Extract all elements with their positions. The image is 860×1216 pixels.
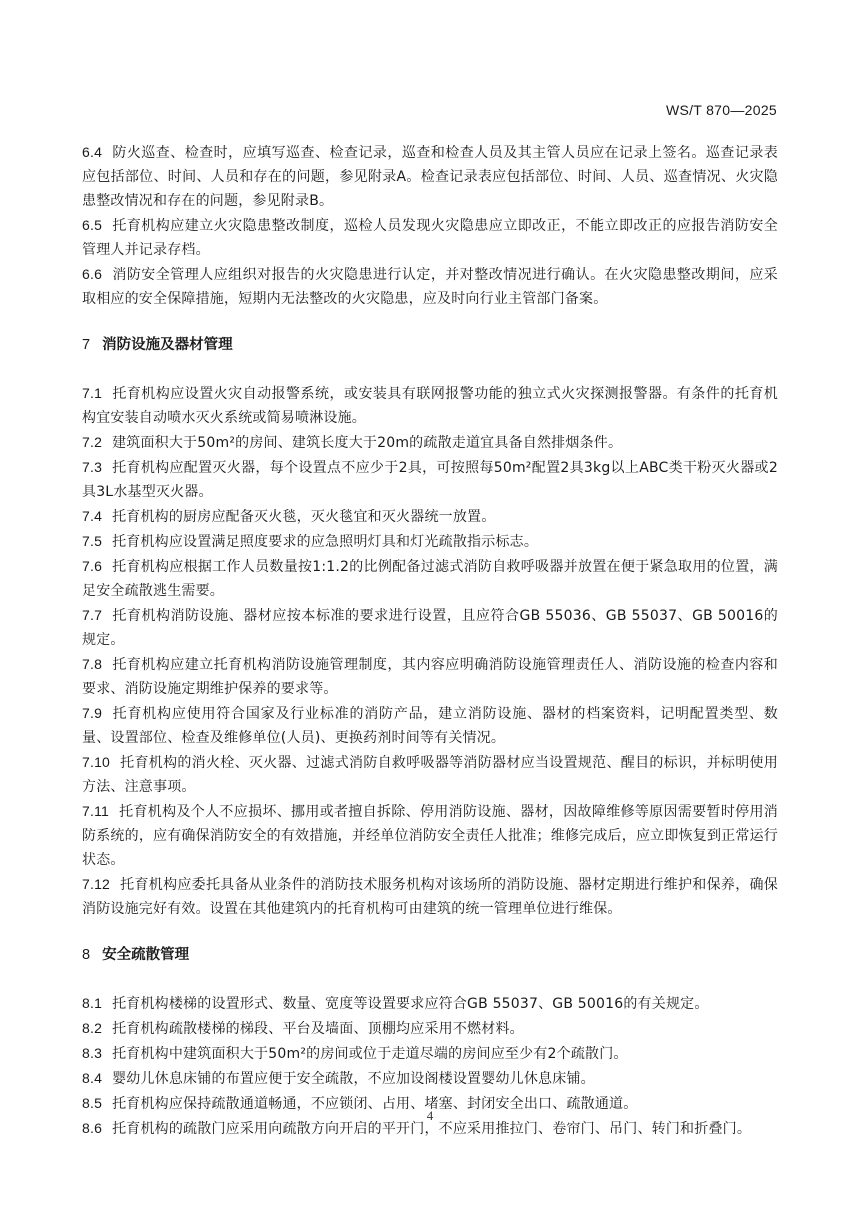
clause-7-12: 7.12托育机构应委托具备从业条件的消防技术服务机构对该场所的消防设施、器材定期… xyxy=(82,872,778,921)
clause-text: 建筑面积大于50m²的房间、建筑长度大于20m的疏散走道宜具备自然排烟条件。 xyxy=(112,435,622,451)
clause-text: 托育机构中建筑面积大于50m²的房间或位于走道尽端的房间应至少有2个疏散门。 xyxy=(112,1046,628,1062)
clause-number: 7.11 xyxy=(82,803,109,819)
clause-number: 6.6 xyxy=(82,266,102,282)
clause-number: 6.5 xyxy=(82,217,102,233)
clause-text: 托育机构应使用符合国家及行业标准的消防产品，建立消防设施、器材的档案资料，记明配… xyxy=(82,706,778,746)
clause-number: 7.5 xyxy=(82,533,102,549)
clause-7-9: 7.9托育机构应使用符合国家及行业标准的消防产品，建立消防设施、器材的档案资料，… xyxy=(82,701,778,750)
clause-text: 托育机构应建立火灾隐患整改制度，巡检人员发现火灾隐患应立即改正，不能立即改正的应… xyxy=(82,218,778,258)
clause-text: 防火巡查、检查时，应填写巡查、检查记录，巡查和检查人员及其主管人员应在记录上签名… xyxy=(82,145,778,209)
clause-text: 托育机构应委托具备从业条件的消防技术服务机构对该场所的消防设施、器材定期进行维护… xyxy=(82,877,778,917)
clause-7-3: 7.3托育机构应配置灭火器，每个设置点不应少于2具，可按照每50m²配置2具3k… xyxy=(82,455,778,504)
clause-text: 婴幼儿休息床铺的布置应便于安全疏散，不应加设阁楼设置婴幼儿休息床铺。 xyxy=(112,1071,595,1087)
clause-number: 6.4 xyxy=(82,144,102,160)
clause-7-5: 7.5托育机构应设置满足照度要求的应急照明灯具和灯光疏散指示标志。 xyxy=(82,529,778,554)
clause-8-2: 8.2托育机构疏散楼梯的梯段、平台及墙面、顶棚均应采用不燃材料。 xyxy=(82,1016,778,1041)
clause-7-4: 7.4托育机构的厨房应配备灭火毯，灭火毯宜和灭火器统一放置。 xyxy=(82,504,778,529)
section-heading-7: 7消防设施及器材管理 xyxy=(82,333,778,357)
clause-number: 7.4 xyxy=(82,508,102,524)
clause-number: 7.3 xyxy=(82,459,102,475)
clause-8-3: 8.3托育机构中建筑面积大于50m²的房间或位于走道尽端的房间应至少有2个疏散门… xyxy=(82,1041,778,1066)
clause-number: 7.2 xyxy=(82,434,102,450)
document-body: 6.4防火巡查、检查时，应填写巡查、检查记录，巡查和检查人员及其主管人员应在记录… xyxy=(82,140,778,1141)
clause-7-8: 7.8托育机构应建立托育机构消防设施管理制度，其内容应明确消防设施管理责任人、消… xyxy=(82,652,778,701)
clause-7-7: 7.7托育机构消防设施、器材应按本标准的要求进行设置，且应符合GB 55036、… xyxy=(82,603,778,652)
clause-number: 7.10 xyxy=(82,754,110,770)
clause-text: 托育机构的消火栓、灭火器、过滤式消防自救呼吸器等消防器材应当设置规范、醒目的标识… xyxy=(82,755,778,795)
clause-text: 消防安全管理人应组织对报告的火灾隐患进行认定，并对整改情况进行确认。在火灾隐患整… xyxy=(82,267,778,307)
clause-number: 7.9 xyxy=(82,705,102,721)
clause-number: 8.1 xyxy=(82,995,102,1011)
clause-number: 8.4 xyxy=(82,1070,102,1086)
clause-text: 托育机构应配置灭火器，每个设置点不应少于2具，可按照每50m²配置2具3kg以上… xyxy=(82,460,778,500)
clause-7-11: 7.11托育机构及个人不应损坏、挪用或者擅自拆除、停用消防设施、器材，因故障维修… xyxy=(82,799,778,872)
clause-text: 托育机构疏散楼梯的梯段、平台及墙面、顶棚均应采用不燃材料。 xyxy=(112,1021,524,1037)
clause-text: 托育机构应根据工作人员数量按1:1.2的比例配备过滤式消防自救呼吸器并放置在便于… xyxy=(82,559,778,599)
standard-code-header: WS/T 870—2025 xyxy=(666,102,777,118)
page-number: 4 xyxy=(0,1108,860,1124)
clause-text: 托育机构的厨房应配备灭火毯，灭火毯宜和灭火器统一放置。 xyxy=(112,509,495,525)
clause-number: 8.3 xyxy=(82,1045,102,1061)
clause-text: 托育机构应建立托育机构消防设施管理制度，其内容应明确消防设施管理责任人、消防设施… xyxy=(82,657,778,697)
section-number: 8 xyxy=(82,947,90,963)
clause-6-4: 6.4防火巡查、检查时，应填写巡查、检查记录，巡查和检查人员及其主管人员应在记录… xyxy=(82,140,778,213)
clause-7-2: 7.2建筑面积大于50m²的房间、建筑长度大于20m的疏散走道宜具备自然排烟条件… xyxy=(82,430,778,455)
section-title: 安全疏散管理 xyxy=(102,947,189,963)
clause-number: 7.12 xyxy=(82,876,110,892)
clause-8-1: 8.1托育机构楼梯的设置形式、数量、宽度等设置要求应符合GB 55037、GB … xyxy=(82,991,778,1016)
clause-number: 7.6 xyxy=(82,558,102,574)
clause-number: 8.2 xyxy=(82,1020,102,1036)
clause-text: 托育机构及个人不应损坏、挪用或者擅自拆除、停用消防设施、器材，因故障维修等原因需… xyxy=(82,804,778,868)
clause-text: 托育机构消防设施、器材应按本标准的要求进行设置，且应符合GB 55036、GB … xyxy=(82,608,778,648)
clause-8-4: 8.4婴幼儿休息床铺的布置应便于安全疏散，不应加设阁楼设置婴幼儿休息床铺。 xyxy=(82,1066,778,1091)
clause-number: 7.8 xyxy=(82,656,102,672)
clause-number: 7.1 xyxy=(82,385,102,401)
clause-number: 7.7 xyxy=(82,607,102,623)
clause-text: 托育机构应设置火灾自动报警系统，或安装具有联网报警功能的独立式火灾探测报警器。有… xyxy=(82,386,778,426)
section-heading-8: 8安全疏散管理 xyxy=(82,943,778,967)
clause-text: 托育机构应设置满足照度要求的应急照明灯具和灯光疏散指示标志。 xyxy=(112,534,538,550)
section-title: 消防设施及器材管理 xyxy=(102,337,233,353)
section-number: 7 xyxy=(82,337,90,353)
clause-7-6: 7.6托育机构应根据工作人员数量按1:1.2的比例配备过滤式消防自救呼吸器并放置… xyxy=(82,554,778,603)
clause-text: 托育机构楼梯的设置形式、数量、宽度等设置要求应符合GB 55037、GB 500… xyxy=(112,996,708,1012)
clause-7-1: 7.1托育机构应设置火灾自动报警系统，或安装具有联网报警功能的独立式火灾探测报警… xyxy=(82,381,778,430)
clause-6-6: 6.6消防安全管理人应组织对报告的火灾隐患进行认定，并对整改情况进行确认。在火灾… xyxy=(82,262,778,311)
clause-6-5: 6.5托育机构应建立火灾隐患整改制度，巡检人员发现火灾隐患应立即改正，不能立即改… xyxy=(82,213,778,262)
clause-7-10: 7.10托育机构的消火栓、灭火器、过滤式消防自救呼吸器等消防器材应当设置规范、醒… xyxy=(82,750,778,799)
